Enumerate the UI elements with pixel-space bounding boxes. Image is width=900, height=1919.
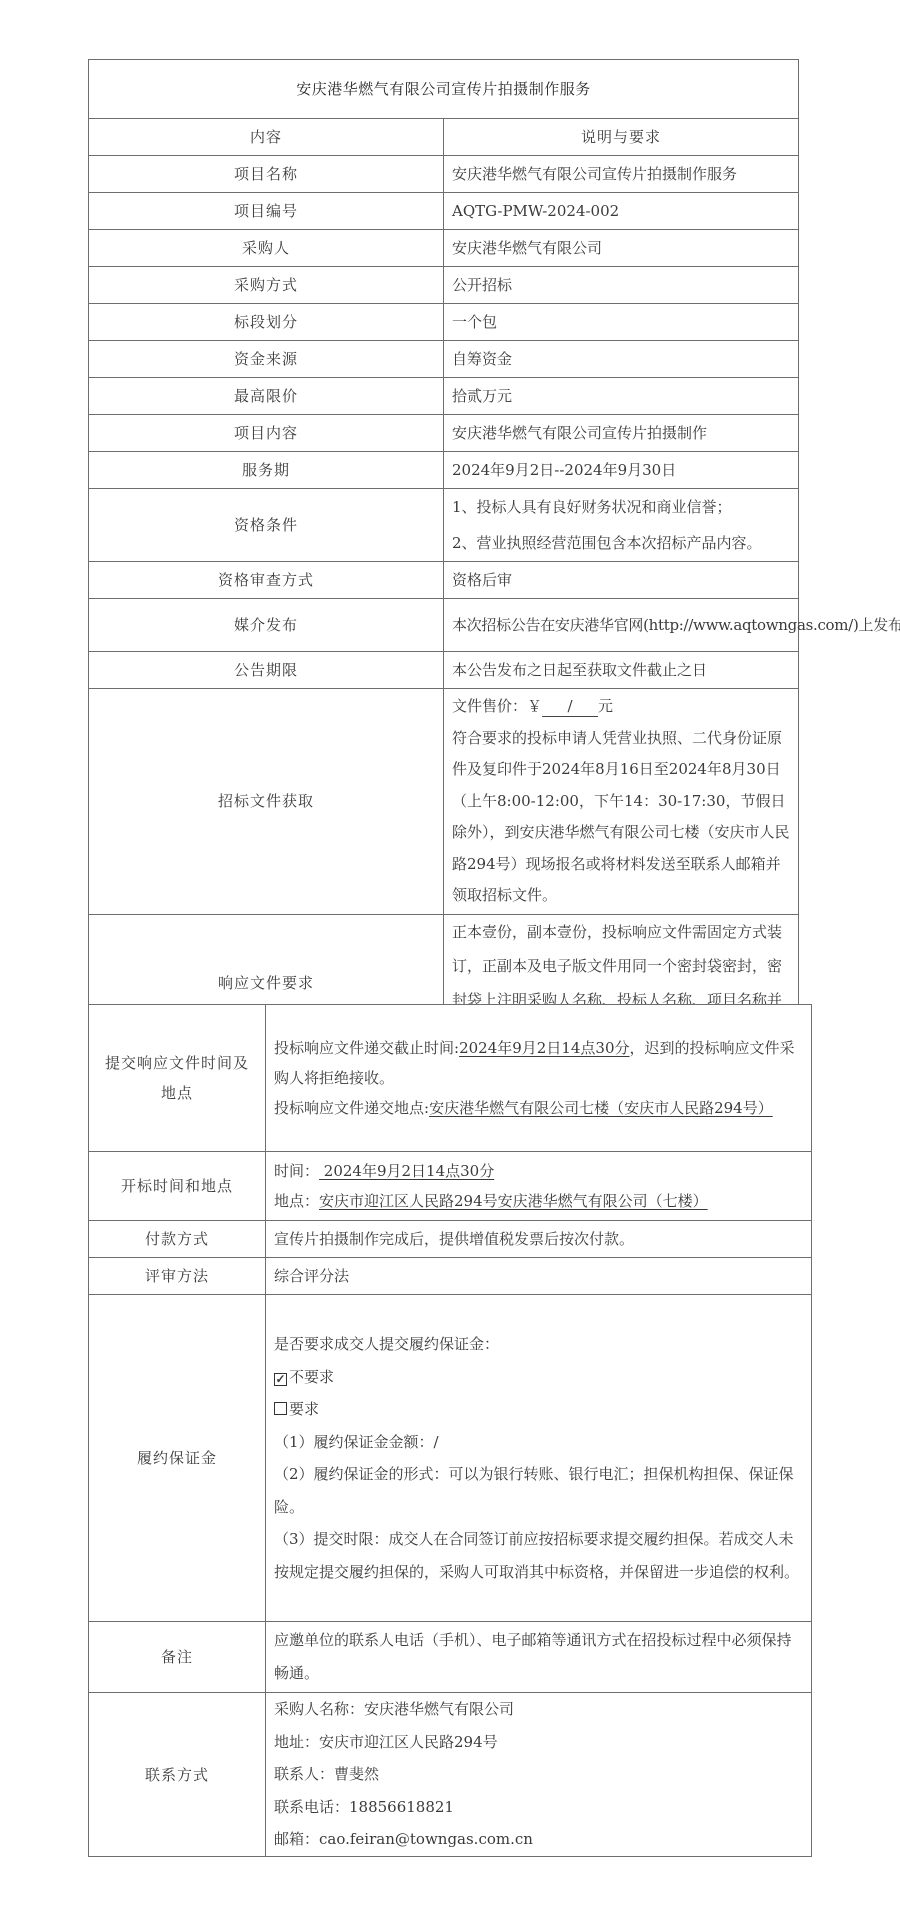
file-price-prefix: 文件售价：￥ <box>452 697 542 715</box>
media-value: 本次招标公告在安庆港华官网(http://www.aqtowngas.com/)… <box>444 599 799 652</box>
table-row: 采购方式 公开招标 <box>89 267 799 304</box>
checkbox-checked-icon[interactable]: ✓ <box>274 1373 287 1386</box>
contact-purchaser: 采购人名称：安庆港华燃气有限公司 <box>274 1693 805 1726</box>
row-label: 项目编号 <box>89 193 444 230</box>
payment-label: 付款方式 <box>89 1221 266 1258</box>
row-label: 项目内容 <box>89 415 444 452</box>
header-content-label: 内容 <box>89 119 444 156</box>
row-label: 最高限价 <box>89 378 444 415</box>
bond-option-not-required[interactable]: ✓不要求 <box>274 1361 805 1394</box>
announcement-period-row: 公告期限 本公告发布之日起至获取文件截止之日 <box>89 652 799 689</box>
evaluation-row: 评审方法 综合评分法 <box>89 1258 812 1295</box>
header-description-label: 说明与要求 <box>444 119 799 156</box>
file-acquisition-body: 符合要求的投标申请人凭营业执照、二代身份证原件及复印件于2024年8月16日至2… <box>452 723 792 912</box>
submission-label: 提交响应文件时间及地点 <box>89 1005 266 1152</box>
row-label: 采购人 <box>89 230 444 267</box>
remarks-value: 应邀单位的联系人电话（手机）、电子邮箱等通讯方式在招投标过程中必须保持畅通。 <box>266 1622 812 1693</box>
row-label: 资金来源 <box>89 341 444 378</box>
evaluation-label: 评审方法 <box>89 1258 266 1295</box>
bond-option-label: 要求 <box>289 1400 319 1418</box>
table-header-row: 内容 说明与要求 <box>89 119 799 156</box>
qualification-label: 资格条件 <box>89 489 444 562</box>
contact-person: 联系人：曹斐然 <box>274 1758 805 1791</box>
announcement-period-label: 公告期限 <box>89 652 444 689</box>
remarks-label: 备注 <box>89 1622 266 1693</box>
table-row: 项目编号 AQTG-PMW-2024-002 <box>89 193 799 230</box>
tender-info-table: 安庆港华燃气有限公司宣传片拍摄制作服务 内容 说明与要求 项目名称 安庆港华燃气… <box>88 59 799 1052</box>
payment-value: 宣传片拍摄制作完成后，提供增值税发票后按次付款。 <box>266 1221 812 1258</box>
opening-time-value: 2024年9月2日14点30分 <box>319 1162 494 1180</box>
contact-value: 采购人名称：安庆港华燃气有限公司 地址：安庆市迎江区人民路294号 联系人：曹斐… <box>266 1693 812 1857</box>
bond-item-deadline: （3）提交时限：成交人在合同签订前应按招标要求提交履约担保。若成交人未按规定提交… <box>274 1523 805 1588</box>
contact-address: 地址：安庆市迎江区人民路294号 <box>274 1726 805 1759</box>
row-value: 自筹资金 <box>444 341 799 378</box>
bond-option-required[interactable]: 要求 <box>274 1393 805 1426</box>
deadline-prefix: 投标响应文件递交截止时间: <box>274 1039 459 1057</box>
contact-row: 联系方式 采购人名称：安庆港华燃气有限公司 地址：安庆市迎江区人民路294号 联… <box>89 1693 812 1857</box>
document-title: 安庆港华燃气有限公司宣传片拍摄制作服务 <box>89 60 799 119</box>
submission-row: 提交响应文件时间及地点 投标响应文件递交截止时间:2024年9月2日14点30分… <box>89 1005 812 1152</box>
qualification-row: 资格条件 1、投标人具有良好财务状况和商业信誉； 2、营业执照经营范围包含本次招… <box>89 489 799 562</box>
contact-label: 联系方式 <box>89 1693 266 1857</box>
payment-row: 付款方式 宣传片拍摄制作完成后，提供增值税发票后按次付款。 <box>89 1221 812 1258</box>
contact-email[interactable]: 邮箱：cao.feiran@towngas.com.cn <box>274 1823 805 1856</box>
file-acquisition-row: 招标文件获取 文件售价：￥/元 符合要求的投标申请人凭营业执照、二代身份证原件及… <box>89 689 799 915</box>
row-label: 标段划分 <box>89 304 444 341</box>
row-value: 安庆港华燃气有限公司宣传片拍摄制作 <box>444 415 799 452</box>
media-label: 媒介发布 <box>89 599 444 652</box>
table-row: 采购人 安庆港华燃气有限公司 <box>89 230 799 267</box>
contact-phone[interactable]: 联系电话：18856618821 <box>274 1791 805 1824</box>
evaluation-value: 综合评分法 <box>266 1258 812 1295</box>
submission-deadline: 投标响应文件递交截止时间:2024年9月2日14点30分，迟到的投标响应文件采购… <box>274 1033 805 1093</box>
opening-time: 时间： 2024年9月2日14点30分 <box>274 1156 805 1186</box>
opening-row: 开标时间和地点 时间： 2024年9月2日14点30分 地点：安庆市迎江区人民路… <box>89 1152 812 1221</box>
place-prefix: 投标响应文件递交地点: <box>274 1099 429 1117</box>
media-row: 媒介发布 本次招标公告在安庆港华官网(http://www.aqtowngas.… <box>89 599 799 652</box>
row-label: 项目名称 <box>89 156 444 193</box>
performance-bond-value: 是否要求成交人提交履约保证金： ✓不要求 要求 （1）履约保证金金额：/ （2）… <box>266 1295 812 1622</box>
submission-value: 投标响应文件递交截止时间:2024年9月2日14点30分，迟到的投标响应文件采购… <box>266 1005 812 1152</box>
qualification-line: 2、营业执照经营范围包含本次招标产品内容。 <box>452 525 792 561</box>
announcement-period-value: 本公告发布之日起至获取文件截止之日 <box>444 652 799 689</box>
table-row: 服务期 2024年9月2日--2024年9月30日 <box>89 452 799 489</box>
performance-bond-label: 履约保证金 <box>89 1295 266 1622</box>
file-acquisition-label: 招标文件获取 <box>89 689 444 915</box>
row-value: 一个包 <box>444 304 799 341</box>
row-value: AQTG-PMW-2024-002 <box>444 193 799 230</box>
file-acquisition-value: 文件售价：￥/元 符合要求的投标申请人凭营业执照、二代身份证原件及复印件于202… <box>444 689 799 915</box>
performance-bond-row: 履约保证金 是否要求成交人提交履约保证金： ✓不要求 要求 （1）履约保证金金额… <box>89 1295 812 1622</box>
qualification-line: 1、投标人具有良好财务状况和商业信誉； <box>452 489 792 525</box>
file-price-suffix: 元 <box>598 697 613 715</box>
table-row: 标段划分 一个包 <box>89 304 799 341</box>
review-method-value: 资格后审 <box>444 562 799 599</box>
opening-time-prefix: 时间： <box>274 1162 319 1180</box>
checkbox-unchecked-icon[interactable] <box>274 1402 287 1415</box>
opening-place-value: 安庆市迎江区人民路294号安庆港华燃气有限公司（七楼） <box>319 1192 708 1210</box>
bond-item-amount: （1）履约保证金金额：/ <box>274 1426 805 1459</box>
review-method-label: 资格审查方式 <box>89 562 444 599</box>
table-row: 资金来源 自筹资金 <box>89 341 799 378</box>
table-row: 最高限价 拾贰万元 <box>89 378 799 415</box>
remarks-row: 备注 应邀单位的联系人电话（手机）、电子邮箱等通讯方式在招投标过程中必须保持畅通… <box>89 1622 812 1693</box>
opening-place: 地点：安庆市迎江区人民路294号安庆港华燃气有限公司（七楼） <box>274 1186 805 1216</box>
place-value: 安庆港华燃气有限公司七楼（安庆市人民路294号） <box>429 1099 773 1117</box>
opening-value: 时间： 2024年9月2日14点30分 地点：安庆市迎江区人民路294号安庆港华… <box>266 1152 812 1221</box>
deadline-value: 2024年9月2日14点30分 <box>459 1039 629 1057</box>
row-value: 安庆港华燃气有限公司宣传片拍摄制作服务 <box>444 156 799 193</box>
review-method-row: 资格审查方式 资格后审 <box>89 562 799 599</box>
table-row: 项目名称 安庆港华燃气有限公司宣传片拍摄制作服务 <box>89 156 799 193</box>
qualification-value: 1、投标人具有良好财务状况和商业信誉； 2、营业执照经营范围包含本次招标产品内容… <box>444 489 799 562</box>
bond-item-form: （2）履约保证金的形式：可以为银行转账、银行电汇；担保机构担保、保证保险。 <box>274 1458 805 1523</box>
file-price-value: / <box>542 696 598 717</box>
row-value: 拾贰万元 <box>444 378 799 415</box>
table-row: 项目内容 安庆港华燃气有限公司宣传片拍摄制作 <box>89 415 799 452</box>
file-price-line: 文件售价：￥/元 <box>452 691 792 723</box>
row-label: 服务期 <box>89 452 444 489</box>
row-value: 公开招标 <box>444 267 799 304</box>
opening-label: 开标时间和地点 <box>89 1152 266 1221</box>
bond-option-label: 不要求 <box>289 1368 334 1386</box>
row-value: 2024年9月2日--2024年9月30日 <box>444 452 799 489</box>
bond-question: 是否要求成交人提交履约保证金： <box>274 1328 805 1361</box>
submission-place: 投标响应文件递交地点:安庆港华燃气有限公司七楼（安庆市人民路294号） <box>274 1093 805 1123</box>
row-value: 安庆港华燃气有限公司 <box>444 230 799 267</box>
row-label: 采购方式 <box>89 267 444 304</box>
opening-place-prefix: 地点： <box>274 1192 319 1210</box>
tender-details-table: 提交响应文件时间及地点 投标响应文件递交截止时间:2024年9月2日14点30分… <box>88 1004 812 1857</box>
